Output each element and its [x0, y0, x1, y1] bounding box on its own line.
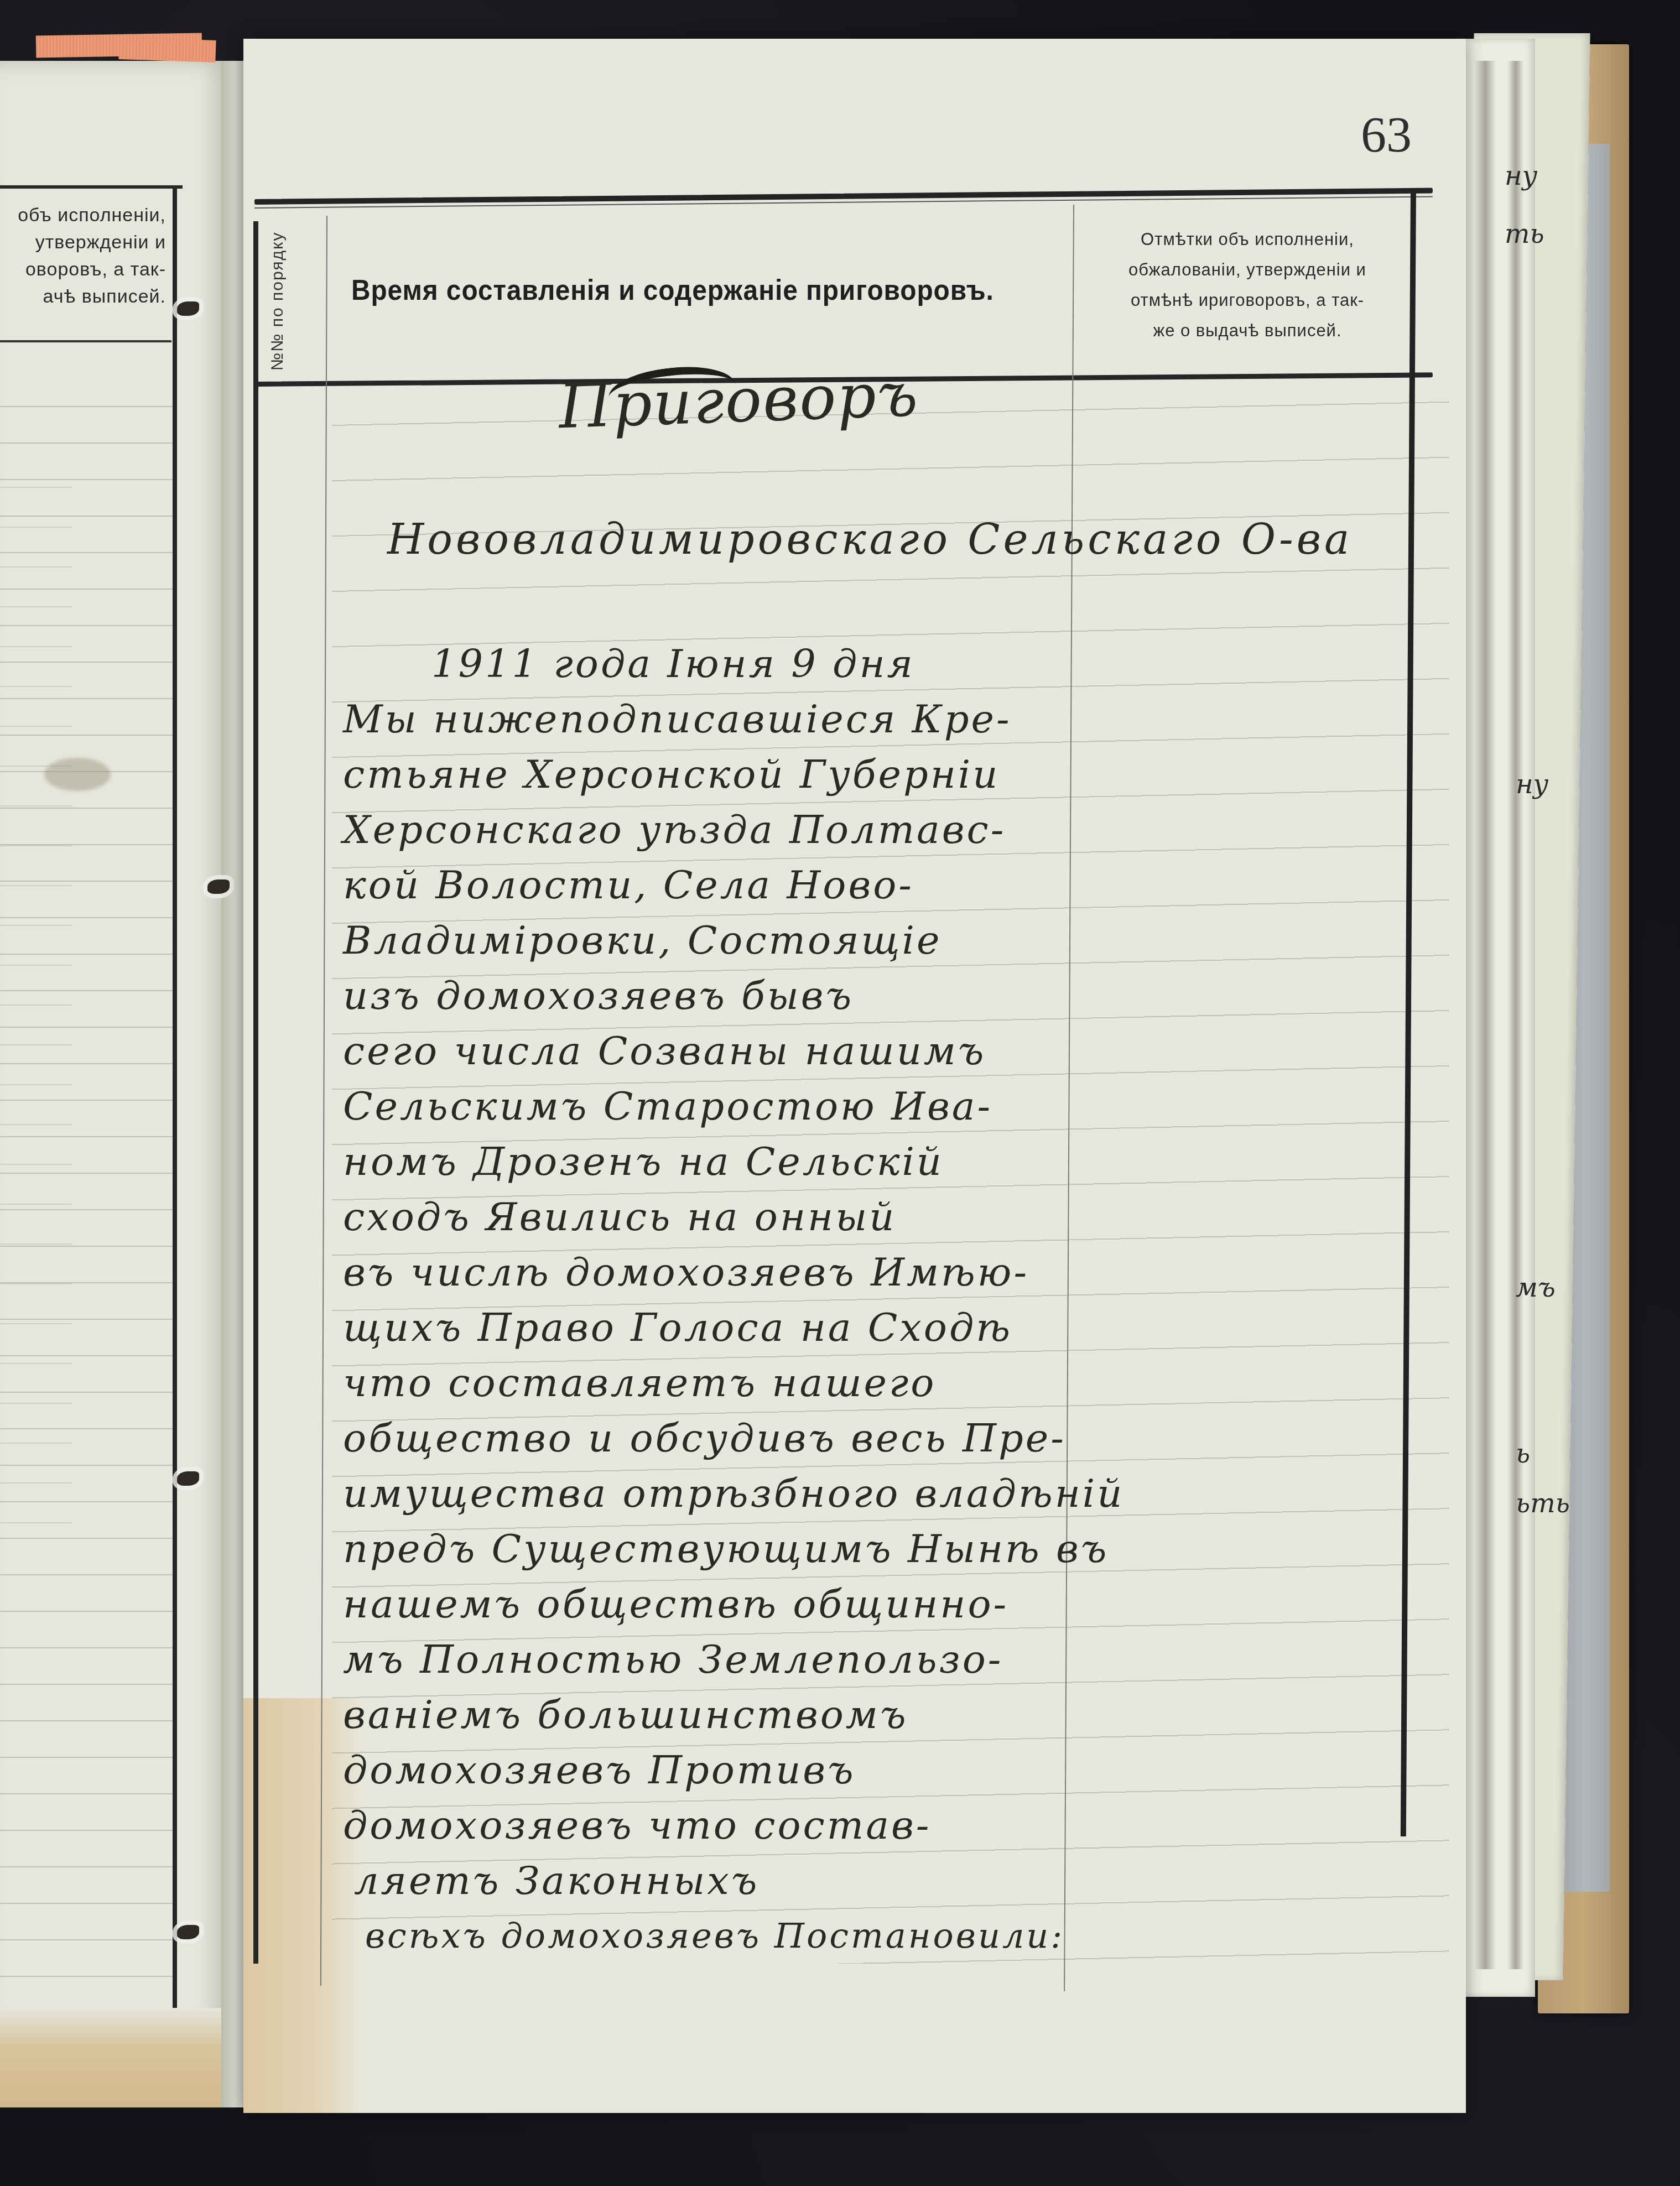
handwritten-subtitle: Нововладимировскаго Сельскаго О-ва: [387, 514, 1353, 564]
table-border: [0, 340, 171, 342]
body-line: Херсонскаго уѣзда Полтавс-: [343, 802, 1173, 857]
body-line: общество и обсудивъ весь Пре-: [343, 1411, 1173, 1466]
binding-hole: [177, 1471, 199, 1486]
body-line: имущества отрѣзбного владѣній: [343, 1466, 1173, 1521]
page-number: 63: [1361, 105, 1412, 164]
left-page-column-header: объ исполненіи, утвержденіи и оворовъ, а…: [0, 202, 166, 310]
margin-fragment: ну: [1505, 160, 1537, 191]
body-line: щихъ Право Голоса на Сходѣ: [343, 1300, 1173, 1355]
body-line: стьяне Херсонской Губерніи: [343, 747, 1173, 802]
table-border: [0, 185, 183, 189]
body-line: сходъ Явились на онный: [343, 1189, 1173, 1245]
handwritten-body: 1911 года Іюня 9 дня Мы нижеподписавшіес…: [343, 636, 1173, 1964]
body-line: ваніемъ большинствомъ: [343, 1687, 1173, 1742]
body-line: домохозяевъ Противъ: [343, 1742, 1173, 1798]
column-header-number: №№ по порядку: [268, 194, 290, 371]
body-line: ляетъ Законныхъ: [343, 1853, 1173, 1908]
table-border-left: [253, 221, 258, 1964]
body-line: предъ Существующимъ Нынѣ въ: [343, 1521, 1173, 1576]
binding-hole: [207, 879, 230, 894]
body-line: кой Волости, Села Ново-: [343, 857, 1173, 913]
handwritten-title: Приговоръ: [558, 359, 920, 443]
margin-fragment: ть: [1505, 218, 1544, 249]
body-line: изъ домохозяевъ бывъ: [343, 968, 1173, 1023]
binding-hole: [177, 301, 199, 316]
body-line: сего числа Созваны нашимъ: [343, 1023, 1173, 1079]
body-line: 1911 года Іюня 9 дня: [343, 636, 1173, 691]
margin-fragment: ьть: [1516, 1488, 1570, 1519]
body-line: въ числѣ домохозяевъ Имѣю-: [343, 1245, 1173, 1300]
column-header-notes: Отмѣтки объ исполненіи, обжалованіи, утв…: [1081, 224, 1413, 346]
bookmark-ribbon: [118, 37, 216, 63]
body-line: Сельскимъ Старостою Ива-: [343, 1079, 1173, 1134]
left-page: объ исполненіи, утвержденіи и оворовъ, а…: [0, 61, 232, 2107]
table-border: [173, 188, 177, 2041]
page-edge-shadow: [1474, 61, 1496, 1969]
body-line: Мы нижеподписавшіеся Кре-: [343, 691, 1173, 747]
ghost-writing: [0, 448, 72, 1554]
margin-fragment: мъ: [1516, 1272, 1556, 1303]
body-line: Владиміровки, Состоящіе: [343, 913, 1173, 968]
body-line: домохозяевъ что состав-: [343, 1798, 1173, 1853]
binding-hole: [177, 1925, 199, 1939]
column-header-content: Время составленія и содержаніе приговоро…: [351, 274, 1013, 307]
margin-fragment: ну: [1516, 769, 1548, 800]
margin-fragment: ь: [1516, 1438, 1530, 1469]
body-line: номъ Дрозенъ на Сельскій: [343, 1134, 1173, 1189]
body-line: всѣхъ домохозяевъ Постановили:: [343, 1908, 1173, 1964]
page-edge-shadow: [1507, 61, 1524, 1969]
body-line: что составляетъ нашего: [343, 1355, 1173, 1411]
aged-paper-edge: [0, 2008, 232, 2107]
body-line: нашемъ обществѣ общинно-: [343, 1576, 1173, 1632]
body-line: мъ Полностью Землепользо-: [343, 1632, 1173, 1687]
paper-stain: [44, 758, 111, 791]
